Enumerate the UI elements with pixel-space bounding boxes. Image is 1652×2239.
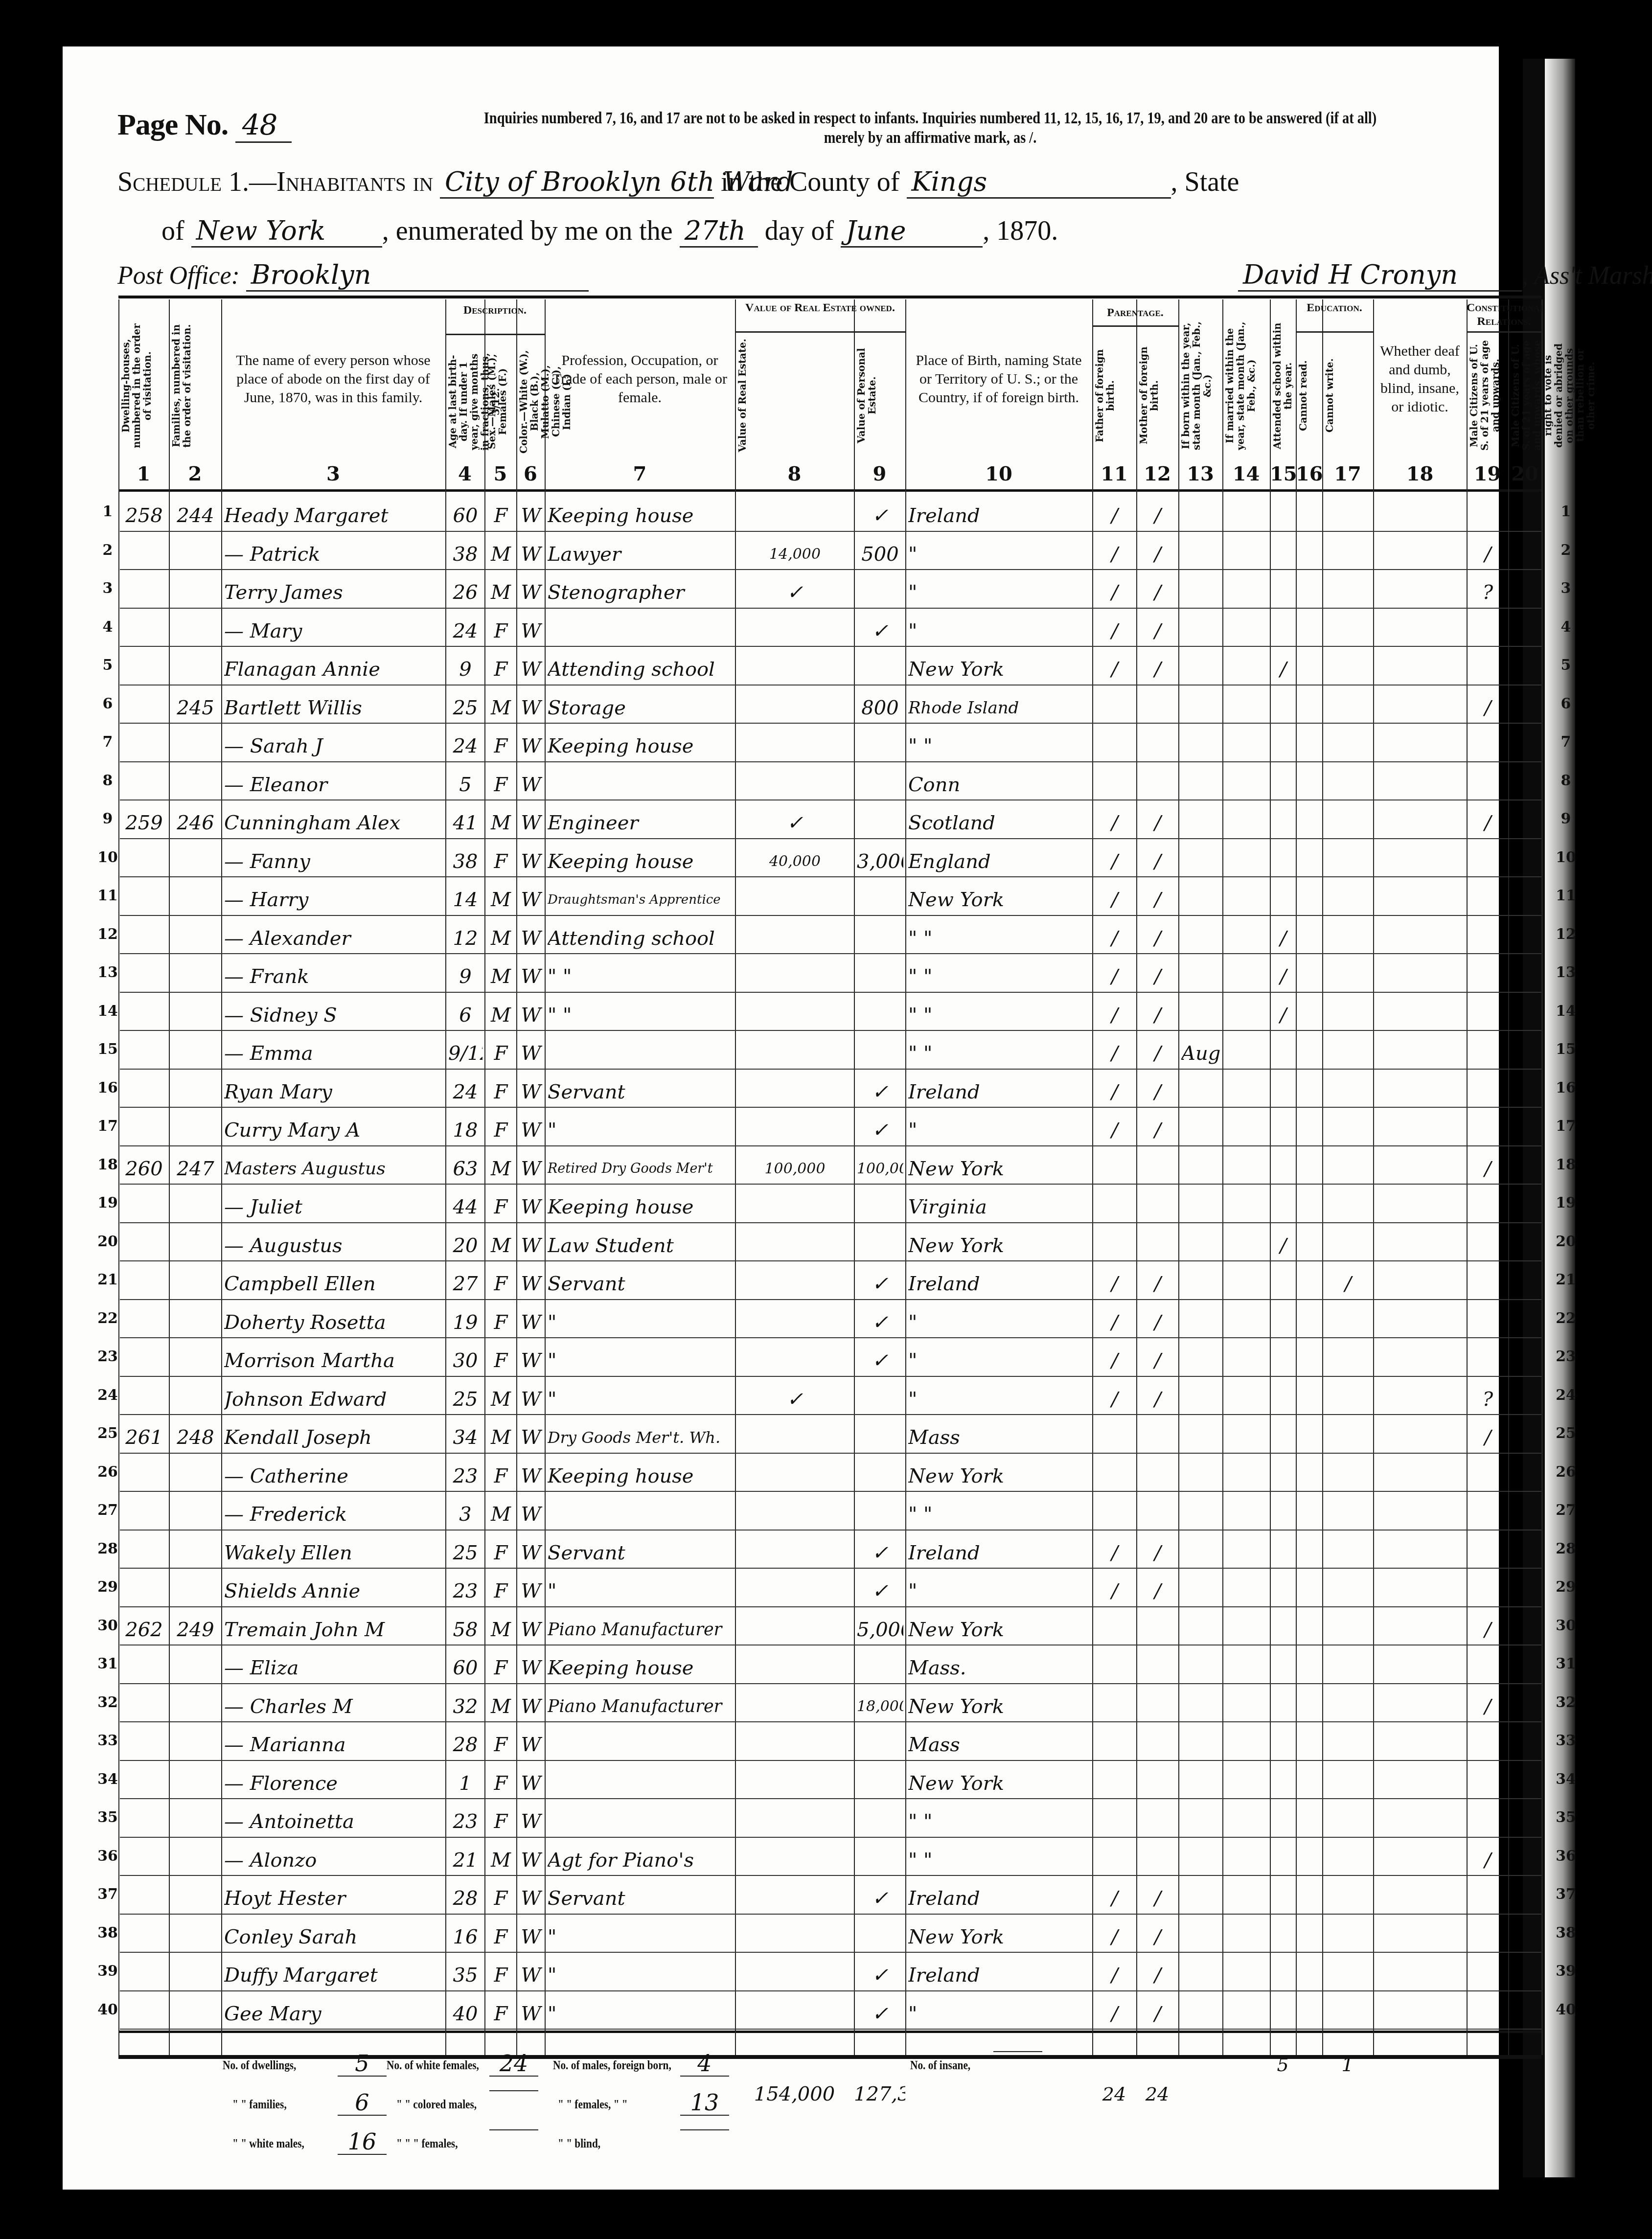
cell-sex: M	[487, 1234, 514, 1257]
footer-label-blind: " " blind,	[558, 2136, 600, 2151]
row-number-right: 4	[1551, 618, 1581, 636]
row-number-right: 29	[1551, 1578, 1581, 1596]
cell-personal: ✓	[857, 1964, 903, 1987]
cell-personal: ✓	[857, 1311, 903, 1334]
cell-family: 244	[172, 504, 219, 527]
row-number-left: 36	[93, 1848, 122, 1865]
row-rule	[120, 1683, 1541, 1684]
cell-father: /	[1095, 658, 1134, 681]
row-number-left: 14	[93, 1003, 122, 1020]
column-header-7: Profession, Occupation, or Trade of each…	[550, 313, 730, 445]
cell-age: 20	[448, 1234, 482, 1257]
cell-age: 38	[448, 850, 482, 873]
row-rule	[120, 569, 1541, 570]
cell-color: W	[519, 927, 543, 950]
column-number-2: 2	[169, 462, 221, 485]
column-header-18: Whether deaf and dumb, blind, insane, or…	[1378, 313, 1462, 445]
cell-mother: /	[1139, 1887, 1176, 1910]
cell-birthplace: Scotland	[908, 811, 1090, 835]
cell-age: 3	[448, 1503, 482, 1526]
cell-mother: /	[1139, 1541, 1176, 1565]
cell-birthplace: New York	[908, 1618, 1090, 1642]
cell-name: — Eleanor	[224, 773, 443, 797]
cell-birthplace: " "	[908, 734, 1090, 758]
cell-father: /	[1095, 1311, 1134, 1334]
cell-occupation: " "	[548, 965, 733, 988]
cell-color: W	[519, 1195, 543, 1219]
row-number-right: 10	[1551, 849, 1581, 866]
cell-occupation: Keeping house	[548, 1464, 733, 1488]
post-office-label: Post Office:	[117, 262, 240, 290]
cell-age: 19	[448, 1311, 482, 1334]
cell-mother: /	[1139, 1925, 1176, 1949]
cell-personal: ✓	[857, 1349, 903, 1372]
cell-sex: M	[487, 965, 514, 988]
cell-father: /	[1095, 1541, 1134, 1565]
cell-sex: M	[487, 1695, 514, 1718]
post-office-line: Post Office: Brooklyn	[117, 259, 589, 292]
cell-father: /	[1095, 888, 1134, 912]
column-number-17: 17	[1322, 462, 1373, 485]
cell-occupation: Attending school	[548, 927, 733, 950]
cell-occupation: Keeping house	[548, 734, 733, 758]
row-number-left: 26	[93, 1463, 122, 1481]
footer-value-white_males: 16	[338, 2129, 387, 2155]
row-number-right: 28	[1551, 1540, 1581, 1557]
cell-age: 5	[448, 773, 482, 797]
cell-occupation: Piano Manufacturer	[548, 1695, 733, 1718]
cell-sex: F	[487, 1311, 514, 1334]
cell-name: — Charles M	[224, 1695, 443, 1718]
column-divider	[516, 299, 517, 2055]
row-rule	[120, 1376, 1541, 1377]
row-rule	[120, 1453, 1541, 1454]
cell-sex: F	[487, 1042, 514, 1065]
cell-c19: ?	[1469, 1388, 1506, 1411]
row-number-right: 7	[1551, 733, 1581, 751]
row-rule	[120, 1414, 1541, 1415]
cell-name: — Alonzo	[224, 1849, 443, 1872]
group-header-parentage: Parentage.	[1092, 306, 1178, 320]
cell-color: W	[519, 1733, 543, 1757]
cell-c13: Aug.	[1181, 1042, 1220, 1065]
cell-sex: F	[487, 658, 514, 681]
group-header-rule	[735, 331, 905, 333]
cell-age: 24	[448, 734, 482, 758]
cell-mother: /	[1139, 2002, 1176, 2026]
cell-sex: F	[487, 1195, 514, 1219]
cell-name: Wakely Ellen	[224, 1541, 443, 1565]
cell-name: — Frederick	[224, 1503, 443, 1526]
row-number-left: 40	[93, 2001, 122, 2018]
marshal-line: David H Cronyn, Ass't Marshal.	[1238, 259, 1652, 292]
cell-personal: ✓	[857, 1541, 903, 1565]
cell-occupation: Engineer	[548, 811, 733, 835]
cell-occupation: Draughtsman's Apprentice	[548, 888, 733, 912]
cell-family: 247	[172, 1157, 219, 1181]
cell-c19: /	[1469, 543, 1506, 566]
row-number-right: 1	[1551, 503, 1581, 520]
column-header-11: Father of foreign birth.	[1094, 338, 1134, 454]
cell-color: W	[519, 1925, 543, 1949]
cell-birthplace: Ireland	[908, 1964, 1090, 1987]
cell-birthplace: Mass	[908, 1426, 1090, 1449]
cell-father: /	[1095, 1004, 1134, 1027]
footer-total-total-personal-estate: 127,300	[854, 2082, 905, 2106]
footer-label-colored_females: " " " females,	[396, 2136, 458, 2151]
cell-occupation: Lawyer	[548, 543, 733, 566]
column-header-19: Male Citizens of U. S. of 21 years of ag…	[1468, 338, 1506, 454]
day-of-label: day of	[765, 216, 834, 246]
row-number-right: 2	[1551, 542, 1581, 559]
page-number-value: 48	[235, 108, 292, 143]
cell-age: 25	[448, 1388, 482, 1411]
row-number-left: 35	[93, 1809, 122, 1826]
footer-total-total-real-estate: 154,000	[735, 2082, 854, 2106]
footer-label-white_males: " " white males,	[232, 2136, 304, 2151]
cell-mother: /	[1139, 927, 1176, 950]
cell-sex: F	[487, 1272, 514, 1296]
cell-name: Shields Annie	[224, 1579, 443, 1603]
cell-color: W	[519, 1656, 543, 1680]
cell-name: Morrison Martha	[224, 1349, 443, 1372]
row-rule	[120, 1952, 1541, 1953]
column-header-2: Families, numbered in the order of visit…	[171, 318, 219, 454]
cell-color: W	[519, 1272, 543, 1296]
column-header-1: Dwelling-houses, numbered in the order o…	[120, 318, 167, 454]
cell-c17: /	[1325, 1272, 1371, 1296]
row-number-right: 35	[1551, 1809, 1581, 1826]
cell-name: Masters Augustus	[224, 1157, 443, 1181]
cell-age: 25	[448, 1541, 482, 1565]
cell-age: 58	[448, 1618, 482, 1642]
cell-personal: ✓	[857, 1080, 903, 1104]
group-header-rule	[1467, 331, 1541, 333]
cell-color: W	[519, 658, 543, 681]
cell-mother: /	[1139, 543, 1176, 566]
month-field: June	[841, 215, 983, 248]
footer-label-dwellings: No. of dwellings,	[223, 2058, 296, 2073]
cell-occupation: "	[548, 1311, 733, 1334]
group-header-rule	[445, 334, 545, 335]
cell-sex: F	[487, 1464, 514, 1488]
cell-mother: /	[1139, 504, 1176, 527]
footer-total-total-father-foreign: 24	[1092, 2082, 1136, 2106]
column-header-10: Place of Birth, naming State or Territor…	[910, 313, 1087, 445]
cell-sex: F	[487, 1349, 514, 1372]
column-divider	[735, 299, 736, 2055]
cell-sex: F	[487, 1964, 514, 1987]
column-divider	[905, 299, 906, 2055]
row-number-left: 37	[93, 1886, 122, 1903]
cell-birthplace: " "	[908, 965, 1090, 988]
cell-personal: ✓	[857, 1272, 903, 1296]
row-number-left: 27	[93, 1502, 122, 1519]
cell-father: /	[1095, 1887, 1134, 1910]
cell-sex: M	[487, 1388, 514, 1411]
cell-color: W	[519, 1695, 543, 1718]
row-number-right: 5	[1551, 657, 1581, 674]
row-rule	[120, 1798, 1541, 1799]
cell-name: Tremain John M	[224, 1618, 443, 1642]
row-number-right: 14	[1551, 1003, 1581, 1020]
cell-sex: M	[487, 1426, 514, 1449]
row-number-right: 8	[1551, 772, 1581, 789]
footer-label-foreign_males: No. of males, foreign born,	[553, 2058, 671, 2073]
row-number-left: 28	[93, 1540, 122, 1557]
cell-father: /	[1095, 1388, 1134, 1411]
column-number-5: 5	[484, 462, 516, 485]
cell-name: — Eliza	[224, 1656, 443, 1680]
column-header-16: Cannot read.	[1298, 338, 1320, 454]
cell-c15: /	[1273, 658, 1294, 681]
cell-age: 1	[448, 1772, 482, 1795]
column-header-9: Value of Personal Estate.	[856, 338, 903, 454]
cell-age: 28	[448, 1733, 482, 1757]
schedule-line: Schedule 1.—Inhabitants in City of Brook…	[117, 166, 1239, 199]
cell-color: W	[519, 965, 543, 988]
cell-birthplace: "	[908, 619, 1090, 643]
cell-sex: M	[487, 927, 514, 950]
cell-real: ✓	[738, 581, 852, 604]
row-number-right: 33	[1551, 1732, 1581, 1749]
cell-age: 26	[448, 581, 482, 604]
cell-color: W	[519, 1349, 543, 1372]
cell-sex: F	[487, 1887, 514, 1910]
row-number-right: 18	[1551, 1156, 1581, 1173]
row-number-right: 16	[1551, 1079, 1581, 1097]
notice-line-2: merely by an affirmative mark, as /.	[362, 128, 1498, 148]
cell-occupation: Piano Manufacturer	[548, 1618, 733, 1642]
cell-dwelling: 262	[121, 1618, 167, 1642]
footer-value-white_females: 24	[489, 2051, 538, 2077]
row-rule	[120, 1337, 1541, 1338]
column-divider	[854, 299, 855, 2055]
row-rule	[120, 646, 1541, 647]
row-number-left: 39	[93, 1963, 122, 1980]
row-number-left: 32	[93, 1694, 122, 1711]
year-label: , 1870.	[983, 216, 1058, 246]
cell-occupation: Stenographer	[548, 581, 733, 604]
row-number-left: 12	[93, 926, 122, 943]
column-divider	[1322, 299, 1323, 2055]
row-number-left: 9	[93, 810, 122, 827]
cell-personal: ✓	[857, 1887, 903, 1910]
row-number-right: 17	[1551, 1118, 1581, 1135]
cell-occupation: Storage	[548, 696, 733, 720]
row-rule	[120, 1760, 1541, 1761]
cell-name: — Antoinetta	[224, 1810, 443, 1833]
column-header-12: Mother of foreign birth.	[1138, 338, 1176, 454]
cell-dwelling: 259	[121, 811, 167, 835]
row-number-left: 4	[93, 618, 122, 636]
cell-birthplace: Rhode Island	[908, 696, 1090, 720]
row-number-left: 24	[93, 1387, 122, 1404]
cell-sex: M	[487, 888, 514, 912]
cell-age: 41	[448, 811, 482, 835]
row-number-left: 6	[93, 695, 122, 712]
column-divider	[445, 299, 446, 2055]
column-header-8: Value of Real Estate.	[737, 338, 852, 454]
cell-birthplace: Ireland	[908, 1272, 1090, 1296]
row-number-right: 24	[1551, 1387, 1581, 1404]
cell-c15: /	[1273, 1234, 1294, 1257]
cell-occupation: Attending school	[548, 658, 733, 681]
group-header-constitutional: Constitutional Relations.	[1467, 301, 1541, 328]
row-number-right: 12	[1551, 926, 1581, 943]
cell-color: W	[519, 1964, 543, 1987]
column-header-3: The name of every person whose place of …	[226, 313, 440, 445]
row-rule	[120, 1145, 1541, 1146]
cell-color: W	[519, 888, 543, 912]
cell-sex: F	[487, 504, 514, 527]
cell-real: 40,000	[738, 850, 852, 873]
row-rule	[120, 876, 1541, 877]
cell-c19: /	[1469, 696, 1506, 720]
cell-family: 248	[172, 1426, 219, 1449]
county-field: Kings	[907, 166, 1171, 199]
cell-name: — Marianna	[224, 1733, 443, 1757]
cell-age: 27	[448, 1272, 482, 1296]
cell-name: Bartlett Willis	[224, 696, 443, 720]
footer-label-white_females: No. of white females,	[387, 2058, 479, 2073]
county-label: in the County of	[721, 167, 900, 197]
cell-name: — Frank	[224, 965, 443, 988]
row-number-right: 20	[1551, 1233, 1581, 1250]
group-header-rule	[1296, 331, 1373, 333]
cell-sex: F	[487, 1772, 514, 1795]
cell-name: — Catherine	[224, 1464, 443, 1488]
marshal-signature: David H Cronyn	[1238, 259, 1522, 292]
cell-color: W	[519, 1503, 543, 1526]
cell-age: 21	[448, 1849, 482, 1872]
cell-family: 249	[172, 1618, 219, 1642]
cell-father: /	[1095, 504, 1134, 527]
row-rule	[120, 1645, 1541, 1645]
cell-personal: 3,000	[857, 850, 903, 873]
cell-c15: /	[1273, 927, 1294, 950]
cell-sex: F	[487, 619, 514, 643]
cell-color: W	[519, 619, 543, 643]
state-field: New York	[191, 215, 382, 248]
cell-name: Ryan Mary	[224, 1080, 443, 1104]
cell-name: — Harry	[224, 888, 443, 912]
cell-dwelling: 261	[121, 1426, 167, 1449]
row-number-left: 38	[93, 1924, 122, 1942]
enumeration-line: of New York, enumerated by me on the 27t…	[161, 215, 1058, 248]
cell-father: /	[1095, 2002, 1134, 2026]
row-number-right: 31	[1551, 1655, 1581, 1672]
cell-father: /	[1095, 619, 1134, 643]
enumerated-label: , enumerated by me on the	[382, 216, 673, 246]
cell-occupation: Servant	[548, 1272, 733, 1296]
cell-name: Flanagan Annie	[224, 658, 443, 681]
row-number-right: 32	[1551, 1694, 1581, 1711]
footer-label-insane: No. of insane,	[910, 2058, 970, 2073]
row-number-left: 19	[93, 1194, 122, 1211]
cell-birthplace: Conn	[908, 773, 1090, 797]
row-number-right: 39	[1551, 1963, 1581, 1980]
cell-father: /	[1095, 1579, 1134, 1603]
row-number-left: 1	[93, 503, 122, 520]
cell-father: /	[1095, 1119, 1134, 1142]
cell-birthplace: "	[908, 1311, 1090, 1334]
row-number-left: 11	[93, 887, 122, 904]
cell-color: W	[519, 850, 543, 873]
cell-color: W	[519, 1042, 543, 1065]
cell-occupation: Keeping house	[548, 1195, 733, 1219]
column-number-18: 18	[1373, 462, 1467, 485]
cell-occupation: "	[548, 1119, 733, 1142]
cell-birthplace: " "	[908, 1042, 1090, 1065]
row-number-left: 30	[93, 1617, 122, 1634]
cell-personal: ✓	[857, 2002, 903, 2026]
cell-c19: /	[1469, 1618, 1506, 1642]
column-divider	[118, 299, 119, 2055]
cell-age: 23	[448, 1579, 482, 1603]
cell-name: — Florence	[224, 1772, 443, 1795]
group-header-real_estate: Value of Real Estate owned.	[735, 301, 905, 315]
footer-total-total-cannot-write: 1	[1322, 2053, 1373, 2077]
row-rule	[120, 1299, 1541, 1300]
state-label: , State	[1171, 167, 1239, 197]
cell-personal: 500	[857, 543, 903, 566]
cell-birthplace: "	[908, 1388, 1090, 1411]
cell-sex: M	[487, 811, 514, 835]
cell-name: Heady Margaret	[224, 504, 443, 527]
cell-color: W	[519, 1311, 543, 1334]
column-divider	[1178, 299, 1179, 2055]
group-header-education: Education.	[1296, 301, 1373, 315]
row-rule	[120, 1222, 1541, 1223]
cell-sex: F	[487, 1579, 514, 1603]
column-header-15: Attended school within the year.	[1272, 318, 1294, 454]
cell-birthplace: England	[908, 850, 1090, 873]
cell-color: W	[519, 1618, 543, 1642]
row-rule	[120, 761, 1541, 762]
of-label: of	[161, 216, 184, 246]
row-number-left: 7	[93, 733, 122, 751]
footer-label-families: " " families,	[232, 2097, 287, 2112]
cell-mother: /	[1139, 1388, 1176, 1411]
row-number-left: 16	[93, 1079, 122, 1097]
column-header-17: Cannot write.	[1324, 338, 1371, 454]
cell-birthplace: "	[908, 1579, 1090, 1603]
footer-value-insane	[993, 2051, 1042, 2052]
cell-father: /	[1095, 1042, 1134, 1065]
cell-mother: /	[1139, 1579, 1176, 1603]
cell-occupation: Dry Goods Mer't. Wh.	[548, 1426, 733, 1449]
cell-name: — Sidney S	[224, 1004, 443, 1027]
header-bottom-rule	[118, 489, 1541, 492]
row-number-left: 5	[93, 657, 122, 674]
cell-mother: /	[1139, 1272, 1176, 1296]
row-number-right: 15	[1551, 1041, 1581, 1058]
column-number-16: 16	[1296, 462, 1322, 485]
row-number-right: 27	[1551, 1502, 1581, 1519]
cell-father: /	[1095, 1925, 1134, 1949]
cell-c19: /	[1469, 1849, 1506, 1872]
footer-value-families: 6	[338, 2090, 387, 2116]
column-divider	[1508, 299, 1509, 2055]
cell-occupation: "	[548, 1579, 733, 1603]
row-number-right: 13	[1551, 964, 1581, 981]
row-rule	[120, 953, 1541, 954]
cell-mother: /	[1139, 619, 1176, 643]
row-rule	[120, 838, 1541, 839]
footer-value-colored_females	[489, 2129, 538, 2130]
cell-color: W	[519, 1810, 543, 1833]
